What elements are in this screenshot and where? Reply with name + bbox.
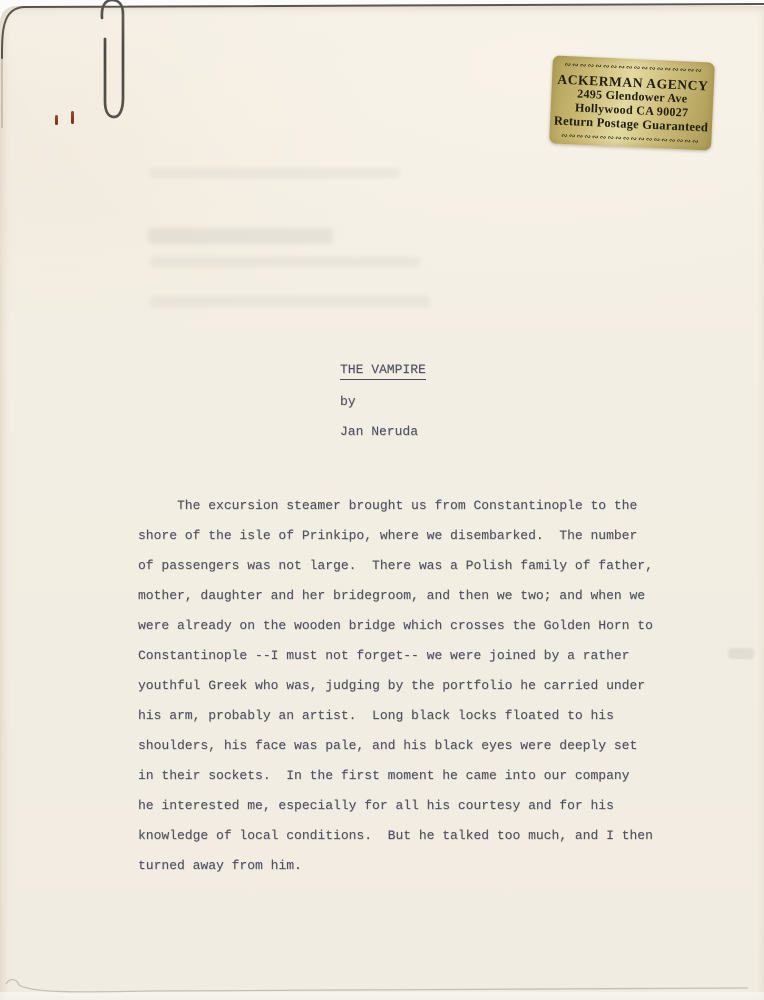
- red-ink-mark: [71, 111, 74, 124]
- typed-line: shore of the isle of Prinkipo, where we …: [138, 520, 653, 550]
- typed-line: youthful Greek who was, judging by the p…: [138, 670, 653, 700]
- typed-line: his arm, probably an artist. Long black …: [138, 700, 653, 730]
- typed-line: The excursion steamer brought us from Co…: [138, 490, 653, 520]
- agency-address-sticker: ∾∾∾∾∾∾∾∾∾∾∾∾∾∾∾∾∾∾ ACKERMAN AGENCY 2495 …: [549, 55, 715, 150]
- document-author: Jan Neruda: [340, 416, 426, 446]
- title-block: THE VAMPIRE by Jan Neruda: [340, 356, 426, 446]
- document-title: THE VAMPIRE: [340, 362, 426, 380]
- typed-paragraph: The excursion steamer brought us from Co…: [138, 490, 653, 880]
- typed-line: shoulders, his face was pale, and his bl…: [138, 730, 653, 760]
- typed-line: knowledge of local conditions. But he ta…: [138, 820, 653, 850]
- typed-line: Constantinople --I must not forget-- we …: [138, 640, 653, 670]
- typed-line: turned away from him.: [138, 850, 653, 880]
- typed-line: in their sockets. In the first moment he…: [138, 760, 653, 790]
- scanned-document: ∾∾∾∾∾∾∾∾∾∾∾∾∾∾∾∾∾∾ ACKERMAN AGENCY 2495 …: [0, 0, 764, 1000]
- typed-line: mother, daughter and her bridegroom, and…: [138, 580, 653, 610]
- ghost-smudge: [728, 648, 754, 659]
- ghost-smudge: [150, 257, 420, 267]
- ghost-smudge: [148, 228, 333, 244]
- scan-bottom-fade: [0, 992, 764, 1000]
- typed-line: of passengers was not large. There was a…: [138, 550, 653, 580]
- typed-line: were already on the wooden bridge which …: [138, 610, 653, 640]
- document-byline: by: [340, 386, 426, 416]
- paperclip: [85, 0, 135, 129]
- ghost-smudge: [150, 168, 400, 178]
- red-ink-mark: [55, 115, 58, 125]
- ghost-smudge: [150, 296, 430, 307]
- typed-line: he interested me, especially for all his…: [138, 790, 653, 820]
